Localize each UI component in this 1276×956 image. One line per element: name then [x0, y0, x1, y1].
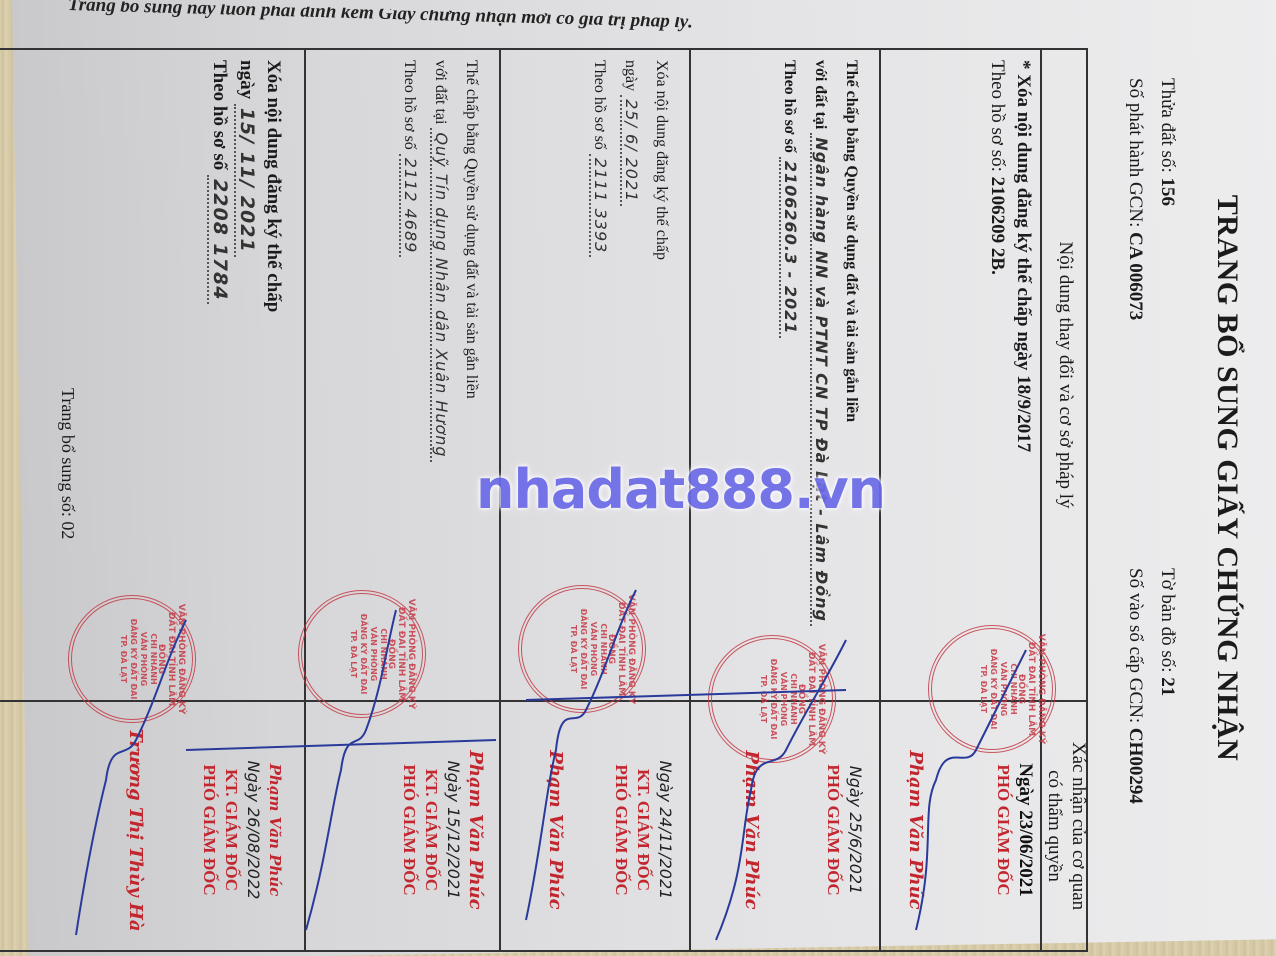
signature-space [566, 710, 610, 950]
gcn-register-number: Số vào sổ cấp GCN: CH00294 [1124, 568, 1146, 804]
row-divider [304, 50, 306, 950]
entry-label: Theo hồ sơ số [209, 60, 230, 170]
gcn-issue-value: CA 006073 [1125, 232, 1146, 320]
stamp-line: TP. ĐÀ LẠT [348, 594, 358, 714]
signer-name-prev: Phạm Văn Phúc [264, 710, 286, 950]
col-header-line1: Xác nhận của cơ quan [1066, 702, 1090, 950]
entry-value: Ngân hàng NN và PTNT CN TP Đà Lạt - Lâm … [810, 133, 831, 626]
stamp-line: TP. ĐÀ LẠT [118, 599, 128, 719]
entry-label: Theo hồ sơ số [781, 60, 798, 153]
sign-title: PHÓ GIÁM ĐỐC [198, 710, 220, 950]
stamp-line: VĂN PHÒNG [588, 589, 598, 709]
entry-label: ngày [622, 60, 639, 91]
entry-text: Thế chấp bằng Quyền sử dụng đất và tài s… [456, 60, 486, 690]
parcel-value: 156 [1157, 177, 1178, 206]
sign-title: PHÓ GIÁM ĐỐC [398, 710, 420, 950]
parcel-label: Thửa đất số: [1157, 78, 1178, 173]
stamp-ring-text: VĂN PHÒNG ĐĂNG KÝ ĐẤT ĐAI TỈNH LÂM ĐỒNG [156, 599, 186, 719]
stamp-line: ĐĂNG KÝ ĐẤT ĐAI [578, 589, 588, 709]
map-sheet-label: Tờ bản đồ số: [1157, 568, 1178, 673]
stamp-ring-text: VĂN PHÒNG ĐĂNG KÝ ĐẤT ĐAI TỈNH LÂM ĐỒNG [606, 589, 636, 709]
table-header: Nội dung thay đổi và cơ sở pháp lý Xác n… [1040, 50, 1086, 950]
table-row: Thế chấp bằng Quyền sử dụng đất và tài s… [774, 60, 866, 690]
stamp-line: TP. ĐÀ LẠT [978, 629, 988, 749]
entry-text: * Xóa nội dung đăng ký thế chấp ngày 18/… [1010, 60, 1036, 690]
entry-value: 25/ 6/ 2021 [620, 95, 641, 206]
sign-title-authority: KT. GIÁM ĐỐC [632, 710, 654, 950]
stamp-line: TP. ĐÀ LẠT [568, 589, 578, 709]
gcn-issue-label: Số phát hành GCN: [1125, 78, 1146, 227]
entry-text: Xóa nội dung đăng ký thế chấp [646, 60, 676, 690]
entry-value: 2112 4689 [399, 154, 420, 258]
sign-date: Ngày 24/11/2021 [654, 710, 676, 950]
entry-value: 15/ 11/ 2021 [234, 104, 258, 257]
stamp-line: VĂN PHÒNG [998, 629, 1008, 749]
entry-text: Xóa nội dung đăng ký thế chấp [260, 60, 286, 690]
entry-value: 2106260.3 - 2021 [779, 157, 800, 338]
entry-value: 2208 1784 [207, 175, 231, 304]
stamp-ring-text: VĂN PHÒNG ĐĂNG KÝ ĐẤT ĐAI TỈNH LÂM ĐỒNG [1016, 629, 1046, 749]
sign-date: Ngày 25/6/2021 [844, 710, 866, 950]
entry-label: với đất tại [812, 60, 829, 129]
entry-label: Theo hồ sơ số [591, 60, 608, 150]
table-row: Xóa nội dung đăng ký thế chấp ngày 15/ 1… [206, 60, 286, 690]
confirmation-signature: Phạm Văn Phúc Ngày 26/08/2022 KT. GIÁM Đ… [124, 710, 286, 950]
stamp-line: VĂN PHÒNG [368, 594, 378, 714]
confirmation-signature: Phạm Văn Phúc Ngày 15/12/2021 KT. GIÁM Đ… [398, 710, 486, 950]
entry-value: 2111 3393 [589, 154, 610, 258]
stamp-line: ĐĂNG KÝ ĐẤT ĐAI [768, 639, 778, 759]
entry-text: Thế chấp bằng Quyền sử dụng đất và tài s… [836, 60, 866, 690]
entry-label: Theo hồ sơ số: [987, 60, 1008, 172]
table-row: * Xóa nội dung đăng ký thế chấp ngày 18/… [984, 60, 1036, 690]
sign-title-authority: KT. GIÁM ĐỐC [220, 710, 242, 950]
entry-value: Quỹ Tín dụng Nhân dân Xuân Hương [430, 128, 451, 461]
map-sheet-value: 21 [1157, 677, 1178, 696]
stamp-ring-text: VĂN PHÒNG ĐĂNG KÝ ĐẤT ĐAI TỈNH LÂM ĐỒNG [796, 639, 826, 759]
signer-name: Phạm Văn Phúc [544, 710, 566, 950]
official-stamp: VĂN PHÒNG ĐĂNG KÝ ĐẤT ĐAI TỈNH LÂM ĐỒNG … [708, 635, 836, 763]
stamp-line: ĐĂNG KÝ ĐẤT ĐAI [988, 629, 998, 749]
gcn-issue-number: Số phát hành GCN: CA 006073 [1124, 78, 1146, 320]
entry-label: Theo hồ sơ số [401, 60, 418, 150]
gcn-register-label: Số vào sổ cấp GCN: [1125, 568, 1146, 723]
signer-name: Phạm Văn Phúc [904, 710, 926, 950]
stamp-line: VĂN PHÒNG [778, 639, 788, 759]
signer-name: Trương Thị Thùy Hà [124, 710, 146, 950]
confirmation-signature: Ngày 24/11/2021 KT. GIÁM ĐỐC PHÓ GIÁM ĐỐ… [544, 710, 676, 950]
stamp-line: VĂN PHÒNG [138, 599, 148, 719]
watermark-logo: nhadat888.vn [476, 458, 885, 521]
sign-title: PHÓ GIÁM ĐỐC [610, 710, 632, 950]
sign-title-authority: KT. GIÁM ĐỐC [420, 710, 442, 950]
signature-space [146, 710, 198, 950]
stamp-line: TP. ĐÀ LẠT [758, 639, 768, 759]
parcel-number: Thửa đất số: 156 [1156, 78, 1178, 206]
official-stamp: VĂN PHÒNG ĐĂNG KÝ ĐẤT ĐAI TỈNH LÂM ĐỒNG … [298, 590, 426, 718]
sign-date: Ngày 26/08/2022 [242, 710, 264, 950]
page-number-note: Trang bổ sung số: 02 [57, 388, 78, 539]
map-sheet-number: Tờ bản đồ số: 21 [1156, 568, 1178, 696]
col-header-confirmation: Xác nhận của cơ quan có thẩm quyền [1042, 702, 1090, 950]
stamp-line: ĐĂNG KÝ ĐẤT ĐAI [358, 594, 368, 714]
entry-label: ngày [236, 60, 257, 99]
stamp-line: ĐĂNG KÝ ĐẤT ĐAI [128, 599, 138, 719]
official-stamp: VĂN PHÒNG ĐĂNG KÝ ĐẤT ĐAI TỈNH LÂM ĐỒNG … [68, 595, 196, 723]
official-stamp: VĂN PHÒNG ĐĂNG KÝ ĐẤT ĐAI TỈNH LÂM ĐỒNG … [928, 625, 1056, 753]
entry-label: với đất tại [432, 60, 449, 124]
entry-value: 2106209 2B. [987, 177, 1008, 275]
gcn-register-value: CH00294 [1125, 728, 1146, 804]
stamp-ring-text: VĂN PHÒNG ĐĂNG KÝ ĐẤT ĐAI TỈNH LÂM ĐỒNG [386, 594, 416, 714]
col-header-changes: Nội dung thay đổi và cơ sở pháp lý [1054, 50, 1076, 700]
signer-name-top: Phạm Văn Phúc [464, 710, 486, 950]
sign-date: Ngày 15/12/2021 [442, 710, 464, 950]
page-title: TRANG BỔ SUNG GIẤY CHỨNG NHẬN [1210, 8, 1244, 948]
official-stamp: VĂN PHÒNG ĐĂNG KÝ ĐẤT ĐAI TỈNH LÂM ĐỒNG … [518, 585, 646, 713]
